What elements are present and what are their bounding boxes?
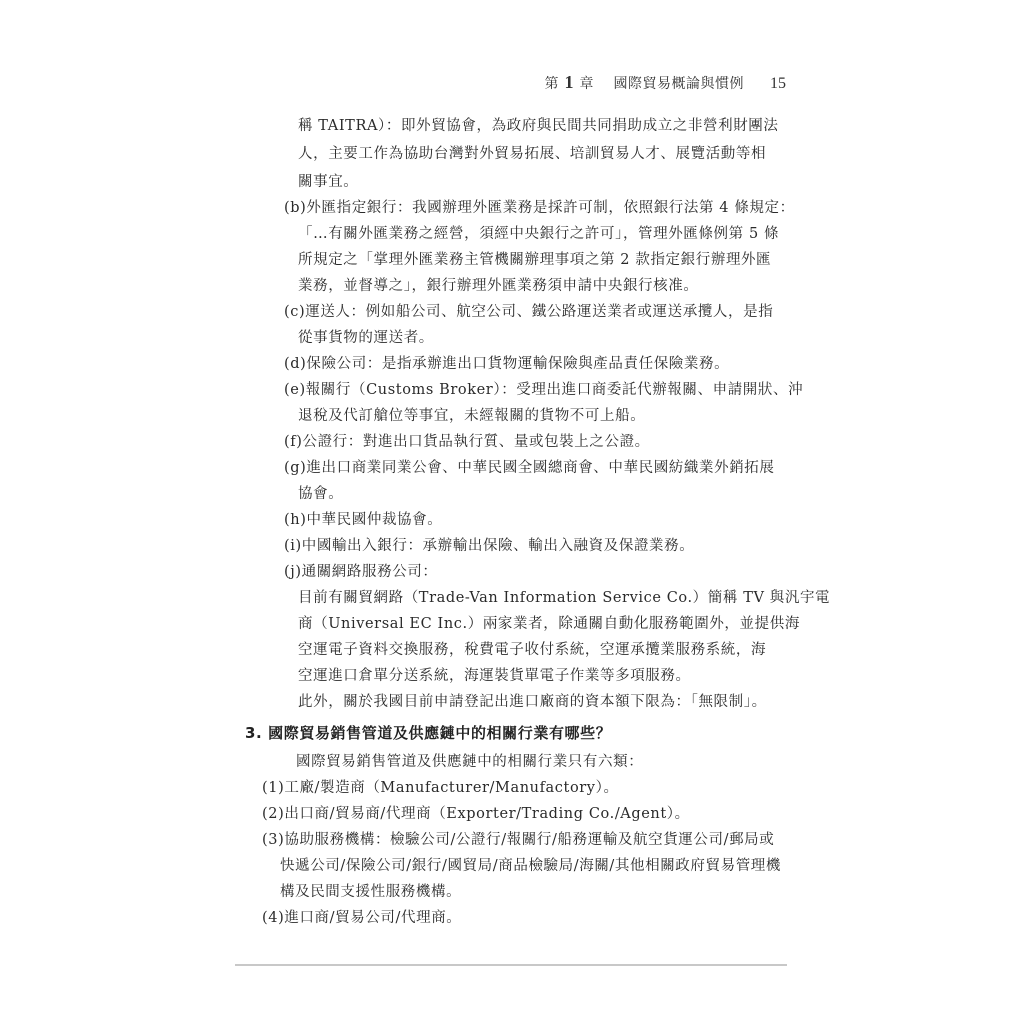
- text-line: (f)公證行：對進出口貨品執行質、量或包裝上之公證。: [284, 430, 650, 451]
- text-line: (2)出口商/貿易商/代理商（Exporter/Trading Co./Agen…: [262, 802, 690, 823]
- chapter-number: 1: [565, 72, 574, 93]
- running-header: 第 1 章 國際貿易概論與慣例 15: [545, 72, 787, 93]
- text-line: (3)協助服務機構：檢驗公司/公證行/報關行/船務運輸及航空貨運公司/郵局或: [262, 828, 774, 849]
- text-line: (4)進口商/貿易公司/代理商。: [262, 906, 461, 927]
- text-line: 目前有關貿網路（Trade-Van Information Service Co…: [298, 586, 830, 607]
- text-line: 人，主要工作為協助台灣對外貿易拓展、培訓貿易人才、展覽活動等相: [298, 142, 766, 163]
- page-number: 15: [770, 75, 786, 93]
- text-line: 國際貿易銷售管道及供應鏈中的相關行業只有六類：: [296, 750, 643, 771]
- text-line: (i)中國輸出入銀行：承辦輸出保險、輸出入融資及保證業務。: [284, 534, 694, 555]
- text-line: (1)工廠/製造商（Manufacturer/Manufactory）。: [262, 776, 619, 797]
- text-line: (d)保險公司：是指承辦進出口貨物運輸保險與產品責任保險業務。: [284, 352, 729, 373]
- text-line: 構及民間支援性服務機構。: [280, 880, 461, 901]
- text-line: 協會。: [298, 482, 343, 503]
- text-line: 從事貨物的運送者。: [298, 326, 434, 347]
- chapter-prefix: 第: [545, 73, 559, 93]
- text-line: 空運進口倉單分送系統，海運裝貨單電子作業等多項服務。: [298, 664, 691, 685]
- chapter-suffix: 章: [580, 73, 594, 93]
- text-line: 所規定之「掌理外匯業務主管機關辦理事項之第 2 款指定銀行辦理外匯: [298, 248, 771, 269]
- text-line: (g)進出口商業同業公會、中華民國全國總商會、中華民國紡織業外銷拓展: [284, 456, 775, 477]
- text-line: (b)外匯指定銀行：我國辦理外匯業務是採許可制，依照銀行法第 4 條規定：: [284, 196, 795, 217]
- text-line: 商（Universal EC Inc.）兩家業者，除通關自動化服務範圍外，並提供…: [298, 612, 800, 633]
- text-line: 業務，並督導之」，銀行辦理外匯業務須申請中央銀行核准。: [298, 274, 698, 295]
- text-line: (h)中華民國仲裁協會。: [284, 508, 442, 529]
- text-line: 退稅及代訂艙位等事宜，未經報關的貨物不可上船。: [298, 404, 645, 425]
- text-line: 快遞公司/保險公司/銀行/國貿局/商品檢驗局/海關/其他相關政府貿易管理機: [280, 854, 781, 875]
- chapter-title: 國際貿易概論與慣例: [614, 73, 745, 93]
- text-line: (e)報關行（Customs Broker）：受理出進口商委託代辦報關、申請開狀…: [284, 378, 803, 399]
- text-line: (c)運送人：例如船公司、航空公司、鐵公路運送業者或運送承攬人，是指: [284, 300, 773, 321]
- text-line: 「…有關外匯業務之經營，須經中央銀行之許可」，管理外匯條例第 5 條: [298, 222, 779, 243]
- text-line: 此外，關於我國目前申請登記出進口廠商的資本額下限為：「無限制」。: [298, 690, 767, 711]
- text-line: 關事宜。: [298, 170, 358, 191]
- text-line: (j)通關網路服務公司：: [284, 560, 438, 581]
- footer-divider: [235, 964, 787, 966]
- text-line: 稱 TAITRA）：即外貿協會，為政府與民間共同捐助成立之非營利財團法: [298, 114, 779, 135]
- text-line: 空運電子資料交換服務，稅費電子收付系統，空運承攬業服務系統，海: [298, 638, 766, 659]
- section-heading: 3. 國際貿易銷售管道及供應鏈中的相關行業有哪些？: [245, 722, 611, 743]
